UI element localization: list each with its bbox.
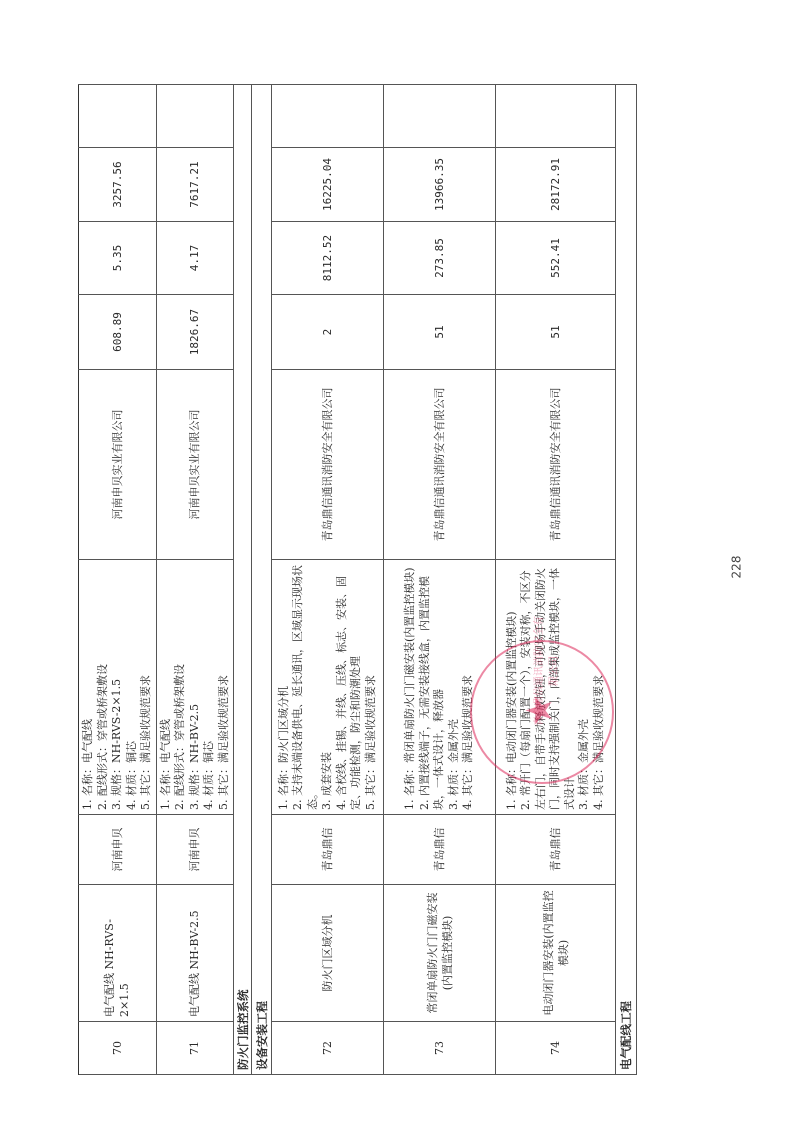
- row-no: 74: [496, 1022, 616, 1075]
- row-no: 72: [272, 1022, 384, 1075]
- manufacturer: 青岛鼎信通讯消防安全有限公司: [272, 370, 384, 560]
- bill-of-quantities-table: 70 电气配线 NH-RVS-2×1.5 河南申贝 1. 名称：电气配线 2. …: [78, 84, 637, 1075]
- section-header: 防火门监控系统: [234, 85, 252, 1075]
- section-title: 防火门监控系统: [234, 85, 252, 1075]
- table-row: 73 常闭单扇防火门门磁安装(内置监控模块) 青岛鼎信 1. 名称：常闭单扇防火…: [384, 85, 496, 1075]
- subsection-header: 设备安装工程: [252, 85, 272, 1075]
- item-name: 常闭单扇防火门门磁安装(内置监控模块): [384, 885, 496, 1022]
- page-number: 228: [729, 556, 743, 579]
- total-price: 13966.35: [384, 148, 496, 222]
- item-name: 电气配线 NH-RVS-2×1.5: [79, 885, 157, 1022]
- brand: 青岛鼎信: [496, 815, 616, 885]
- brand: 青岛鼎信: [272, 815, 384, 885]
- quantity: 608.89: [79, 295, 157, 370]
- remark: [384, 85, 496, 148]
- quantity: 51: [496, 295, 616, 370]
- unit-price: 552.41: [496, 222, 616, 295]
- item-description: 1. 名称：电气配线 2. 配线形式：穿管或桥架敷设 3. 规格：NH-BV-2…: [156, 560, 234, 815]
- row-no: 71: [156, 1022, 234, 1075]
- unit-price: 273.85: [384, 222, 496, 295]
- table-row: 74 电动闭门器安装(内置监控模块) 青岛鼎信 1. 名称：电动闭门器安装(内置…: [496, 85, 616, 1075]
- total-price: 16225.04: [272, 148, 384, 222]
- item-name: 防火门区域分机: [272, 885, 384, 1022]
- remark: [496, 85, 616, 148]
- subsection-title: 设备安装工程: [252, 85, 272, 1075]
- total-price: 7617.21: [156, 148, 234, 222]
- total-price: 28172.91: [496, 148, 616, 222]
- quantity: 1826.67: [156, 295, 234, 370]
- manufacturer: 河南申贝实业有限公司: [79, 370, 157, 560]
- section-header: 电气配线工程: [616, 85, 637, 1075]
- manufacturer: 青岛鼎信通讯消防安全有限公司: [384, 370, 496, 560]
- manufacturer: 河南申贝实业有限公司: [156, 370, 234, 560]
- quantity: 2: [272, 295, 384, 370]
- unit-price: 4.17: [156, 222, 234, 295]
- table-row: 71 电气配线 NH-BV-2.5 河南申贝 1. 名称：电气配线 2. 配线形…: [156, 85, 234, 1075]
- table-row: 72 防火门区域分机 青岛鼎信 1. 名称：防火门区域分机 2. 支持末端设备供…: [272, 85, 384, 1075]
- table-row: 70 电气配线 NH-RVS-2×1.5 河南申贝 1. 名称：电气配线 2. …: [79, 85, 157, 1075]
- item-description: 1. 名称：电气配线 2. 配线形式：穿管或桥架敷设 3. 规格：NH-RVS-…: [79, 560, 157, 815]
- total-price: 3257.56: [79, 148, 157, 222]
- rotated-table-frame: 70 电气配线 NH-RVS-2×1.5 河南申贝 1. 名称：电气配线 2. …: [78, 85, 633, 1075]
- unit-price: 8112.52: [272, 222, 384, 295]
- remark: [79, 85, 157, 148]
- brand: 河南申贝: [79, 815, 157, 885]
- quantity: 51: [384, 295, 496, 370]
- item-name: 电气配线 NH-BV-2.5: [156, 885, 234, 1022]
- brand: 河南申贝: [156, 815, 234, 885]
- row-no: 73: [384, 1022, 496, 1075]
- section-title: 电气配线工程: [616, 85, 637, 1075]
- row-no: 70: [79, 1022, 157, 1075]
- item-description: 1. 名称：常闭单扇防火门门磁安装(内置监控模块) 2. 内置接线端子，无需安装…: [384, 560, 496, 815]
- item-name: 电动闭门器安装(内置监控模块): [496, 885, 616, 1022]
- item-description: 1. 名称：防火门区域分机 2. 支持末端设备供电、延长通讯，区域显示现场状态。…: [272, 560, 384, 815]
- manufacturer: 青岛鼎信通讯消防安全有限公司: [496, 370, 616, 560]
- remark: [156, 85, 234, 148]
- unit-price: 5.35: [79, 222, 157, 295]
- brand: 青岛鼎信: [384, 815, 496, 885]
- item-description: 1. 名称：电动闭门器安装(内置监控模块) 2. 常开门（每扇门配置一个），安装…: [496, 560, 616, 815]
- remark: [272, 85, 384, 148]
